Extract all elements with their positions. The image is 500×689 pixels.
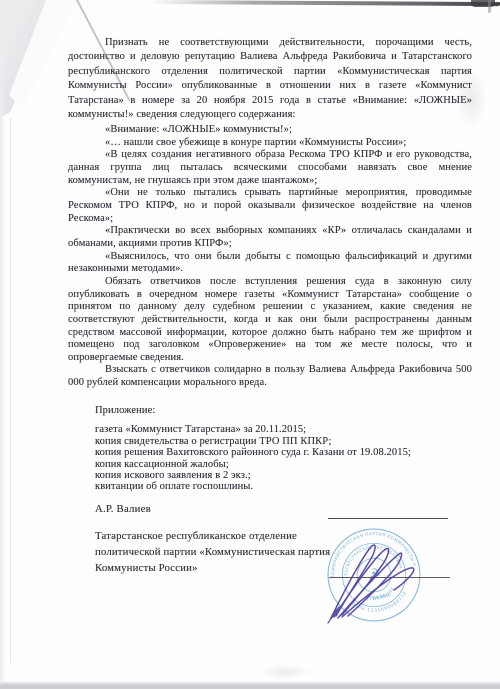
text-line: Признать не соответствующими действитель… [68, 36, 472, 50]
scan-smudge [250, 662, 320, 682]
text-line: «Внимание: «ЛОЖНЫЕ» коммунисты!»; [68, 124, 472, 137]
text-block: «Внимание: «ЛОЖНЫЕ» коммунисты!»;«… нашл… [68, 124, 472, 390]
signature-scribble [318, 538, 430, 630]
organization-block: Татарстанское республиканское отделение … [95, 529, 355, 576]
scan-left-edge [0, 0, 6, 689]
organization-line: Татарстанское республиканское отделение [95, 529, 355, 545]
attachment-item: копия решения Вахитовского районного суд… [95, 447, 485, 458]
text-line: «В целях создания негативного образа Рес… [68, 149, 472, 162]
attachment-item: копия свидетельства о регистрации ТРО ПП… [95, 436, 485, 447]
scan-left-line [10, 118, 11, 663]
scan-top-tick-mark [488, 0, 491, 13]
text-line: «Практически во всех выборных компаниях … [68, 225, 472, 238]
signatory-name: А.Р. Валиев [95, 503, 151, 515]
text-line: Коммунисты России» опубликованные в отно… [68, 79, 472, 93]
scan-bottom-edge [0, 681, 500, 689]
scan-top-corner-mark [471, 0, 495, 7]
attachment-item: копия кассационной жалобы; [95, 459, 485, 470]
text-line: принятом по данному делу судебном решени… [68, 301, 472, 314]
text-line: средством массовой информации, которое д… [68, 327, 472, 340]
text-line: Обязать ответчиков после вступления реше… [68, 276, 472, 289]
organization-line: Коммунисты России» [95, 561, 355, 577]
organization-line: политической партии «Коммунистическая па… [95, 545, 355, 561]
text-line: помещено под заголовком «Опровержение» н… [68, 339, 472, 352]
text-line: Рескома»; [68, 213, 472, 226]
text-line: 000 рублей компенсации морального вреда. [68, 377, 472, 390]
text-line: опровергаемые сведения. [68, 352, 472, 365]
attachment-item: газета «Коммунист Татарстана» за 20.11.2… [95, 424, 485, 435]
text-line: обманами, акциями против КПРФ»; [68, 238, 472, 251]
scanned-page: Признать не соответствующими действитель… [0, 0, 500, 689]
text-line: опубликовать в очередном номере газеты «… [68, 289, 472, 302]
attachment-list: газета «Коммунист Татарстана» за 20.11.2… [95, 424, 485, 492]
text-line: республиканского отделения политической … [68, 65, 472, 79]
text-line: незаконными методами». [68, 263, 472, 276]
text-line: «Они не только пытались срывать партийны… [68, 187, 472, 200]
attachment-item: квитанции об оплате госпошлины. [95, 481, 485, 492]
text-line: Рескомом ТРО КПРФ, но и порой оказывали … [68, 200, 472, 213]
attachments-section: Приложение: газета «Коммунист Татарстана… [95, 405, 485, 493]
text-line: достоинство и деловую репутацию Валиева … [68, 50, 472, 64]
text-line: соответствуют действительности, когда и … [68, 314, 472, 327]
text-line: Взыскать с ответчиков солидарно в пользу… [68, 364, 472, 377]
scan-top-edge-shadow [148, 0, 500, 6]
attachments-title: Приложение: [95, 405, 485, 416]
attachment-item: копия искового заявления в 2 экз.; [95, 470, 485, 481]
signature-line [328, 518, 448, 519]
text-line: данная группа лиц пыталась всяческими сп… [68, 162, 472, 175]
text-line: «Выяснилось, что они были добыты с помощ… [68, 251, 472, 264]
text-line: коммунистам, не гнушаясь при этом даже ш… [68, 175, 472, 188]
text-line: коммунисты!» сведения следующего содержа… [68, 108, 472, 122]
text-block: Признать не соответствующими действитель… [68, 36, 472, 122]
text-line: «… нашли свое убежище в конуре партии «К… [68, 137, 472, 150]
text-line: Татарстана» в номере за 20 ноября 2015 г… [68, 94, 472, 108]
